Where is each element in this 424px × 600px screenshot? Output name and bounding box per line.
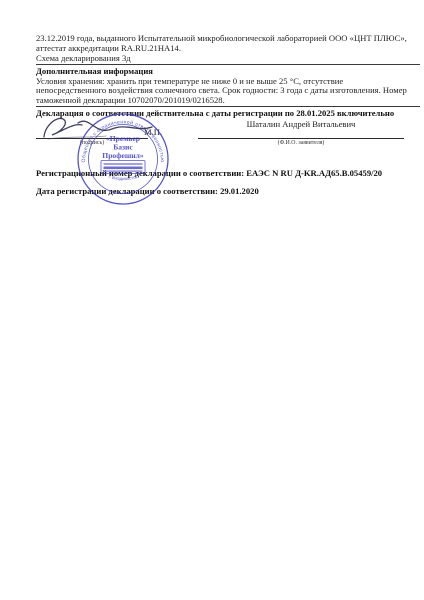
applicant-name: Шаталин Андрей Витальевич: [198, 119, 404, 129]
storage-conditions-line-3: таможенной декларации 10702070/201019/02…: [36, 96, 420, 105]
signature-stroke: [44, 118, 82, 137]
svg-text:г. Владивосток: г. Владивосток: [108, 174, 138, 181]
signature-stroke: [78, 121, 152, 130]
signature-stroke: [48, 136, 106, 139]
stamp-city-text: г. Владивосток: [108, 174, 138, 181]
section-divider: [36, 64, 420, 65]
handwritten-signature: [38, 112, 156, 148]
stamp-info-box: [101, 161, 145, 174]
applicant-name-caption: (Ф.И.О. заявителя): [198, 140, 404, 146]
intro-line-3: Схема декларирования 3д: [36, 54, 420, 64]
document-text-block: 23.12.2019 года, выданного Испытательной…: [36, 34, 420, 119]
document-page: 23.12.2019 года, выданного Испытательной…: [0, 0, 424, 600]
applicant-name-line: [198, 138, 404, 139]
stamp-company-name-line: Профешнл»: [102, 151, 144, 160]
section-divider: [36, 106, 420, 107]
additional-info-body: Условия хранения: хранить при температур…: [36, 77, 420, 105]
